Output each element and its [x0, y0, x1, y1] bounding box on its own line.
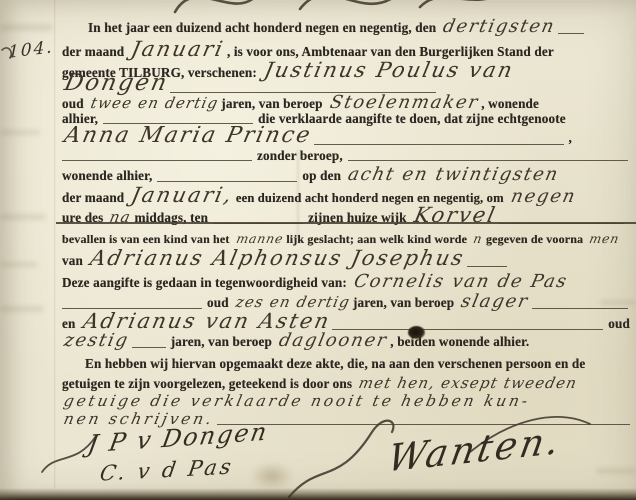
line-no-profession: zonder beroep, — [62, 148, 628, 164]
handwritten-age: twee en dertig — [89, 94, 220, 112]
handwritten-exception-note-1: met hen, exsept tweeden — [357, 374, 579, 392]
page-fold-line — [54, 0, 56, 488]
handwritten-profession: Stoelenmaker — [328, 92, 481, 113]
line-child-names: van Adrianus Alphonsus Josephus — [62, 246, 626, 270]
printed-profession-label-3: jaren, van beroep — [171, 334, 272, 350]
line-year-day: In het jaar een duizend acht honderd neg… — [88, 16, 618, 37]
cut-off-header-flourish — [175, 0, 256, 12]
handwritten-exception-note-2: getuige die verklaarde nooit te hebben k… — [62, 392, 532, 410]
printed-given-names-phrase: gegeven de voorna — [486, 232, 583, 247]
handwritten-child-names: Adrianus Alphonsus Josephus — [88, 246, 467, 270]
line-witness2-details: zestig jaren, van beroep daglooner , bei… — [62, 330, 628, 351]
blank-line — [558, 33, 584, 34]
show-through-mark — [0, 214, 46, 220]
handwritten-men-insert: men — [588, 231, 621, 246]
printed-of-label: van — [62, 253, 83, 269]
cut-off-header-flourish — [420, 0, 505, 7]
paper-smudge — [250, 462, 294, 490]
printed-gender-phrase: lijk geslacht; aan welk kind worde — [286, 232, 467, 247]
line-birth-day: wonende alhier, op den acht en twintigst… — [62, 164, 628, 185]
handwritten-mother-name: Anna Maria Prince — [62, 123, 314, 148]
show-through-mark — [0, 24, 52, 31]
show-through-mark — [596, 468, 636, 474]
printed-year-phrase: In het jaar een duizend acht honderd neg… — [88, 20, 436, 36]
printed-profession-label: jaren, van beroep — [221, 96, 322, 112]
birth-certificate-scan: 104. In het jaar een duizend acht honder… — [0, 0, 636, 500]
printed-residing: , wonende — [481, 96, 539, 112]
printed-witness-phrase: Deze aangifte is gedaan in tegenwoordigh… — [62, 275, 347, 291]
show-through-mark — [0, 262, 38, 267]
show-through-mark — [0, 306, 44, 312]
line-closing-2: getuigen te zijn voorgelezen, geteekend … — [62, 374, 630, 392]
blank-line — [157, 181, 297, 182]
handwritten-n-insert: n — [472, 231, 484, 246]
printed-born-phrase: bevallen is van een kind van het — [62, 232, 230, 247]
registrar-signature-lead-stroke — [289, 421, 393, 497]
section-divider-rule — [56, 222, 636, 224]
line-mother-name: Anna Maria Prince , — [62, 123, 572, 148]
handwritten-birth-day: acht en twintigsten — [346, 164, 561, 185]
blank-line — [314, 144, 564, 145]
blank-line — [132, 347, 166, 348]
blank-line — [467, 266, 507, 267]
printed-closing-phrase-1: En hebben wij hiervan opgemaakt deze akt… — [85, 356, 585, 372]
handwritten-witness2-profession: daglooner — [277, 330, 390, 351]
printed-on-the: op den — [302, 168, 341, 184]
blank-line — [217, 424, 630, 425]
line-child-gender: bevallen is van een kind van het manne l… — [62, 231, 632, 247]
line-closing-3: getuige die verklaarde nooit te hebben k… — [62, 392, 576, 410]
line-closing-1: En hebben wij hiervan opgemaakt deze akt… — [85, 356, 630, 372]
handwritten-witness2-age: zestig — [62, 330, 131, 351]
handwritten-gender-insert: manne — [235, 231, 285, 246]
handwritten-day: dertigsten — [441, 16, 557, 37]
page-bottom-edge — [0, 488, 636, 500]
ink-blot — [408, 326, 425, 339]
signature-witness: C. v d Pas — [98, 454, 235, 485]
cut-off-header-flourish — [300, 0, 398, 9]
blank-line — [62, 160, 252, 161]
printed-residing-here: wonende alhier, — [62, 168, 152, 184]
blank-line — [348, 160, 628, 161]
printed-closing-phrase-2: getuigen te zijn voorgelezen, geteekend … — [62, 376, 352, 392]
printed-age-label: oud — [62, 96, 84, 112]
show-through-mark — [0, 130, 40, 135]
handwritten-witness1-name: Cornelis van de Pas — [352, 271, 570, 292]
act-number: 104. — [8, 37, 54, 63]
printed-no-profession: zonder beroep, — [257, 148, 343, 164]
line-age-profession: oud twee en dertig jaren, van beroep Sto… — [62, 92, 626, 113]
line-witness-intro: Deze aangifte is gedaan in tegenwoordigh… — [62, 271, 628, 292]
printed-comma: , — [569, 130, 572, 146]
